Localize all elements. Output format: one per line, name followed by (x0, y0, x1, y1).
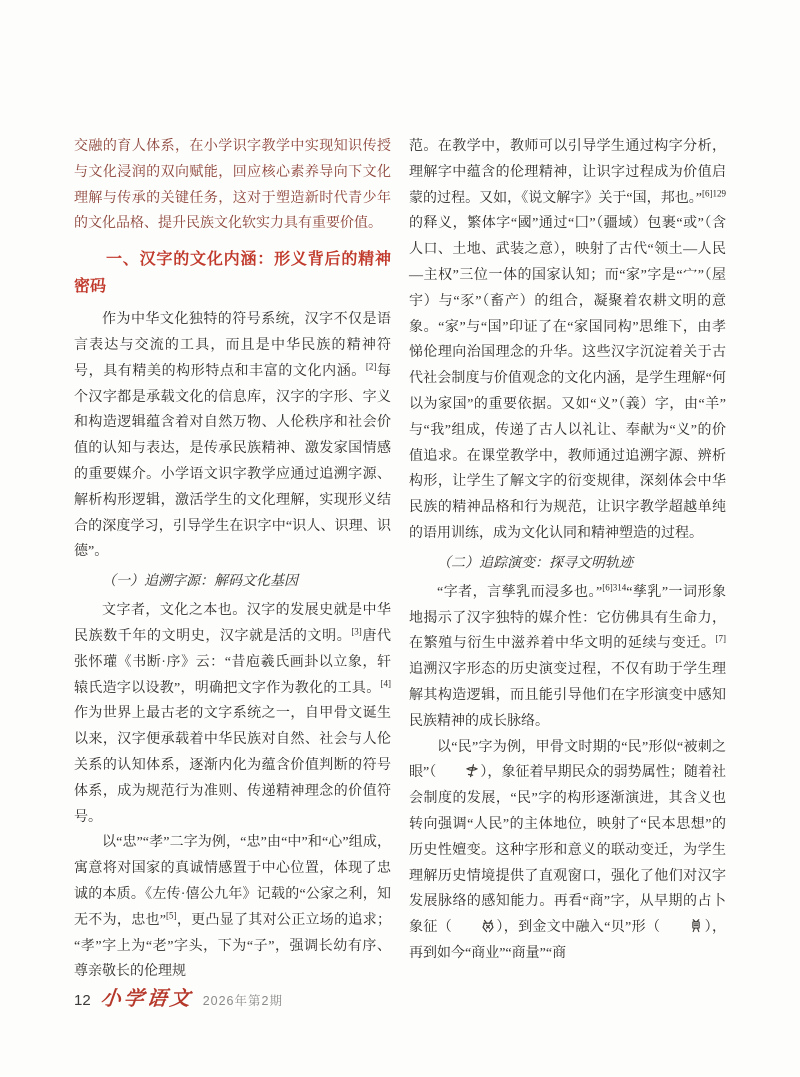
min-oracle-glyph (436, 764, 480, 778)
text-run: 文字者，文化之本也。汉字的发展史就是中华民族数千年的文明史，汉字就是活的文明。 (74, 603, 391, 644)
journal-name-logo: 小学语文 (99, 982, 194, 1011)
paragraph: 范。在教学中，教师可以引导学生通过构字分析，理解字中蕴含的伦理精神，让识字过程成… (409, 134, 726, 547)
paragraph: 作为中华文化独特的符号系统，汉字不仅是语言表达与交流的工具，而且是中华民族的精神… (74, 307, 391, 565)
citation-ref: [6]129 (702, 188, 726, 198)
article-body: 交融的育人体系，在小学识字教学中实现知识传授与文化浸润的双向赋能，回应核心素养导… (74, 134, 726, 980)
citation-ref: [5] (166, 910, 177, 920)
citation-ref: [3] (351, 626, 362, 636)
paragraph: “字者，言孳乳而浸多也。”[6]314“孳乳”一词形象地揭示了汉字独特的媒介性：… (409, 580, 726, 735)
section-1-heading: 一、汉字的文化内涵：形义背后的精神密码 (74, 246, 391, 300)
journal-issue: 2026年第2期 (203, 991, 283, 1009)
page-number: 12 (74, 992, 91, 1009)
citation-ref: [2] (366, 361, 377, 371)
citation-ref: [7] (716, 634, 727, 644)
text-run: ），到金文中融入“贝”形（ (496, 920, 660, 935)
text-run: “字者，言孳乳而浸多也。” (437, 585, 602, 600)
left-column: 交融的育人体系，在小学识字教学中实现知识传授与文化浸润的双向赋能，回应核心素养导… (74, 134, 391, 980)
page-footer: 12 小学语文 2026年第2期 (74, 982, 283, 1011)
shang-bronze-glyph (660, 919, 704, 933)
citation-ref: [6]314 (602, 582, 626, 592)
paragraph: 文字者，文化之本也。汉字的发展史就是中华民族数千年的文明史，汉字就是活的文明。[… (74, 598, 391, 830)
paragraph: 以“民”字为例，甲骨文时期的“民”形似“被刺之眼”（），象征着早期民众的弱势属性… (409, 735, 726, 967)
text-run: 作为世界上最古老的文字系统之一，自甲骨文诞生以来，汉字便承载着中华民族对自然、社… (74, 706, 391, 824)
journal-page: 交融的育人体系，在小学识字教学中实现知识传授与文化浸润的双向赋能，回应核心素养导… (0, 0, 800, 1077)
shang-oracle-glyph (452, 919, 496, 933)
subsection-1-heading: （一）追溯字源：解码文化基因 (74, 569, 391, 595)
paragraph: 以“忠”“孝”二字为例，“忠”由“中”和“心”组成，寓意将对国家的真诚情感置于中… (74, 830, 391, 980)
subsection-2-heading: （二）追踪演变：探寻文明轨迹 (409, 551, 726, 577)
text-run: 追溯汉字形态的历史演变过程，不仅有助于学生理解其构造逻辑，而且能引导他们在字形演… (409, 662, 726, 729)
text-run: 每个汉字都是承载文化的信息库，汉字的字形、字义和构造逻辑蕴含着对自然万物、人伦秩… (74, 364, 391, 560)
text-run: 作为中华文化独特的符号系统，汉字不仅是语言表达与交流的工具，而且是中华民族的精神… (74, 312, 391, 379)
text-run: 范。在教学中，教师可以引导学生通过构字分析，理解字中蕴含的伦理精神，让识字过程成… (409, 139, 726, 206)
citation-ref: [4] (381, 678, 392, 688)
continued-intro-paragraph: 交融的育人体系，在小学识字教学中实现知识传授与文化浸润的双向赋能，回应核心素养导… (74, 134, 391, 237)
text-run: 的释义，繁体字“國”通过“囗”（疆域）包裹“或”（含人口、土地、武装之意），映射… (409, 216, 726, 541)
text-run: ），象征着早期民众的弱势属性；随着社会制度的发展，“民”字的构形逐渐演进，其含义… (409, 765, 726, 935)
right-column: 范。在教学中，教师可以引导学生通过构字分析，理解字中蕴含的伦理精神，让识字过程成… (409, 134, 726, 980)
